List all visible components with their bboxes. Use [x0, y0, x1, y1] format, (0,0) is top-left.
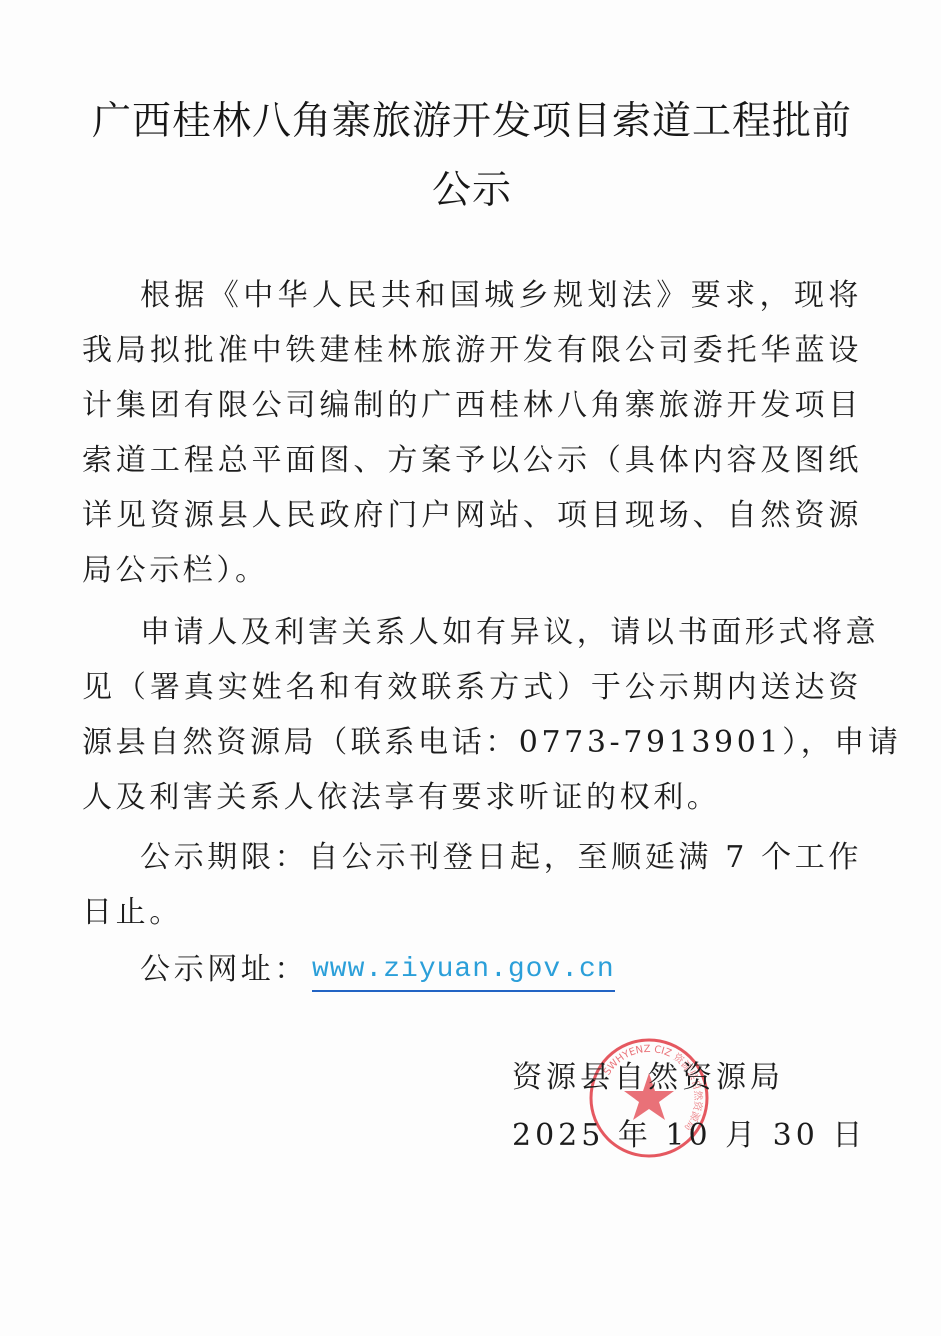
signing-organization: 资源县自然资源局: [512, 1058, 784, 1098]
paragraph2-line: 申请人及利害关系人如有异议，请以书面形式将意: [140, 613, 862, 653]
document-title-line-1: 广西桂林八角寨旅游开发项目索道工程批前: [82, 98, 862, 146]
paragraph1-line: 索道工程总平面图、方案予以公示（具体内容及图纸: [82, 441, 862, 481]
website-label: 公示网址：: [140, 950, 308, 990]
paragraph1-line: 我局拟批准中铁建桂林旅游开发有限公司委托华蓝设: [82, 331, 862, 371]
paragraph1-line: 根据《中华人民共和国城乡规划法》要求，现将: [140, 276, 862, 316]
paragraph1-line: 计集团有限公司编制的广西桂林八角寨旅游开发项目: [82, 386, 862, 426]
signing-date: 2025 年 10 月 30 日: [512, 1116, 866, 1156]
publicity-period-line: 日止。: [82, 893, 862, 933]
document-title-line-2: 公示: [82, 167, 862, 215]
paragraph2-line: 源县自然资源局（联系电话：0773-7913901），申请: [82, 723, 862, 763]
paragraph2-line: 见（署真实姓名和有效联系方式）于公示期内送达资: [82, 668, 862, 708]
paragraph1-line: 局公示栏）。: [82, 551, 862, 591]
paragraph2-line: 人及利害关系人依法享有要求听证的权利。: [82, 778, 862, 818]
website-link[interactable]: www.ziyuan.gov.cn: [312, 950, 615, 992]
paragraph1-line: 详见资源县人民政府门户网站、项目现场、自然资源: [82, 496, 862, 536]
document-page: 广西桂林八角寨旅游开发项目索道工程批前 公示 根据《中华人民共和国城乡规划法》要…: [0, 0, 941, 1336]
publicity-period-line: 公示期限：自公示刊登日起，至顺延满 7 个工作: [140, 838, 862, 878]
